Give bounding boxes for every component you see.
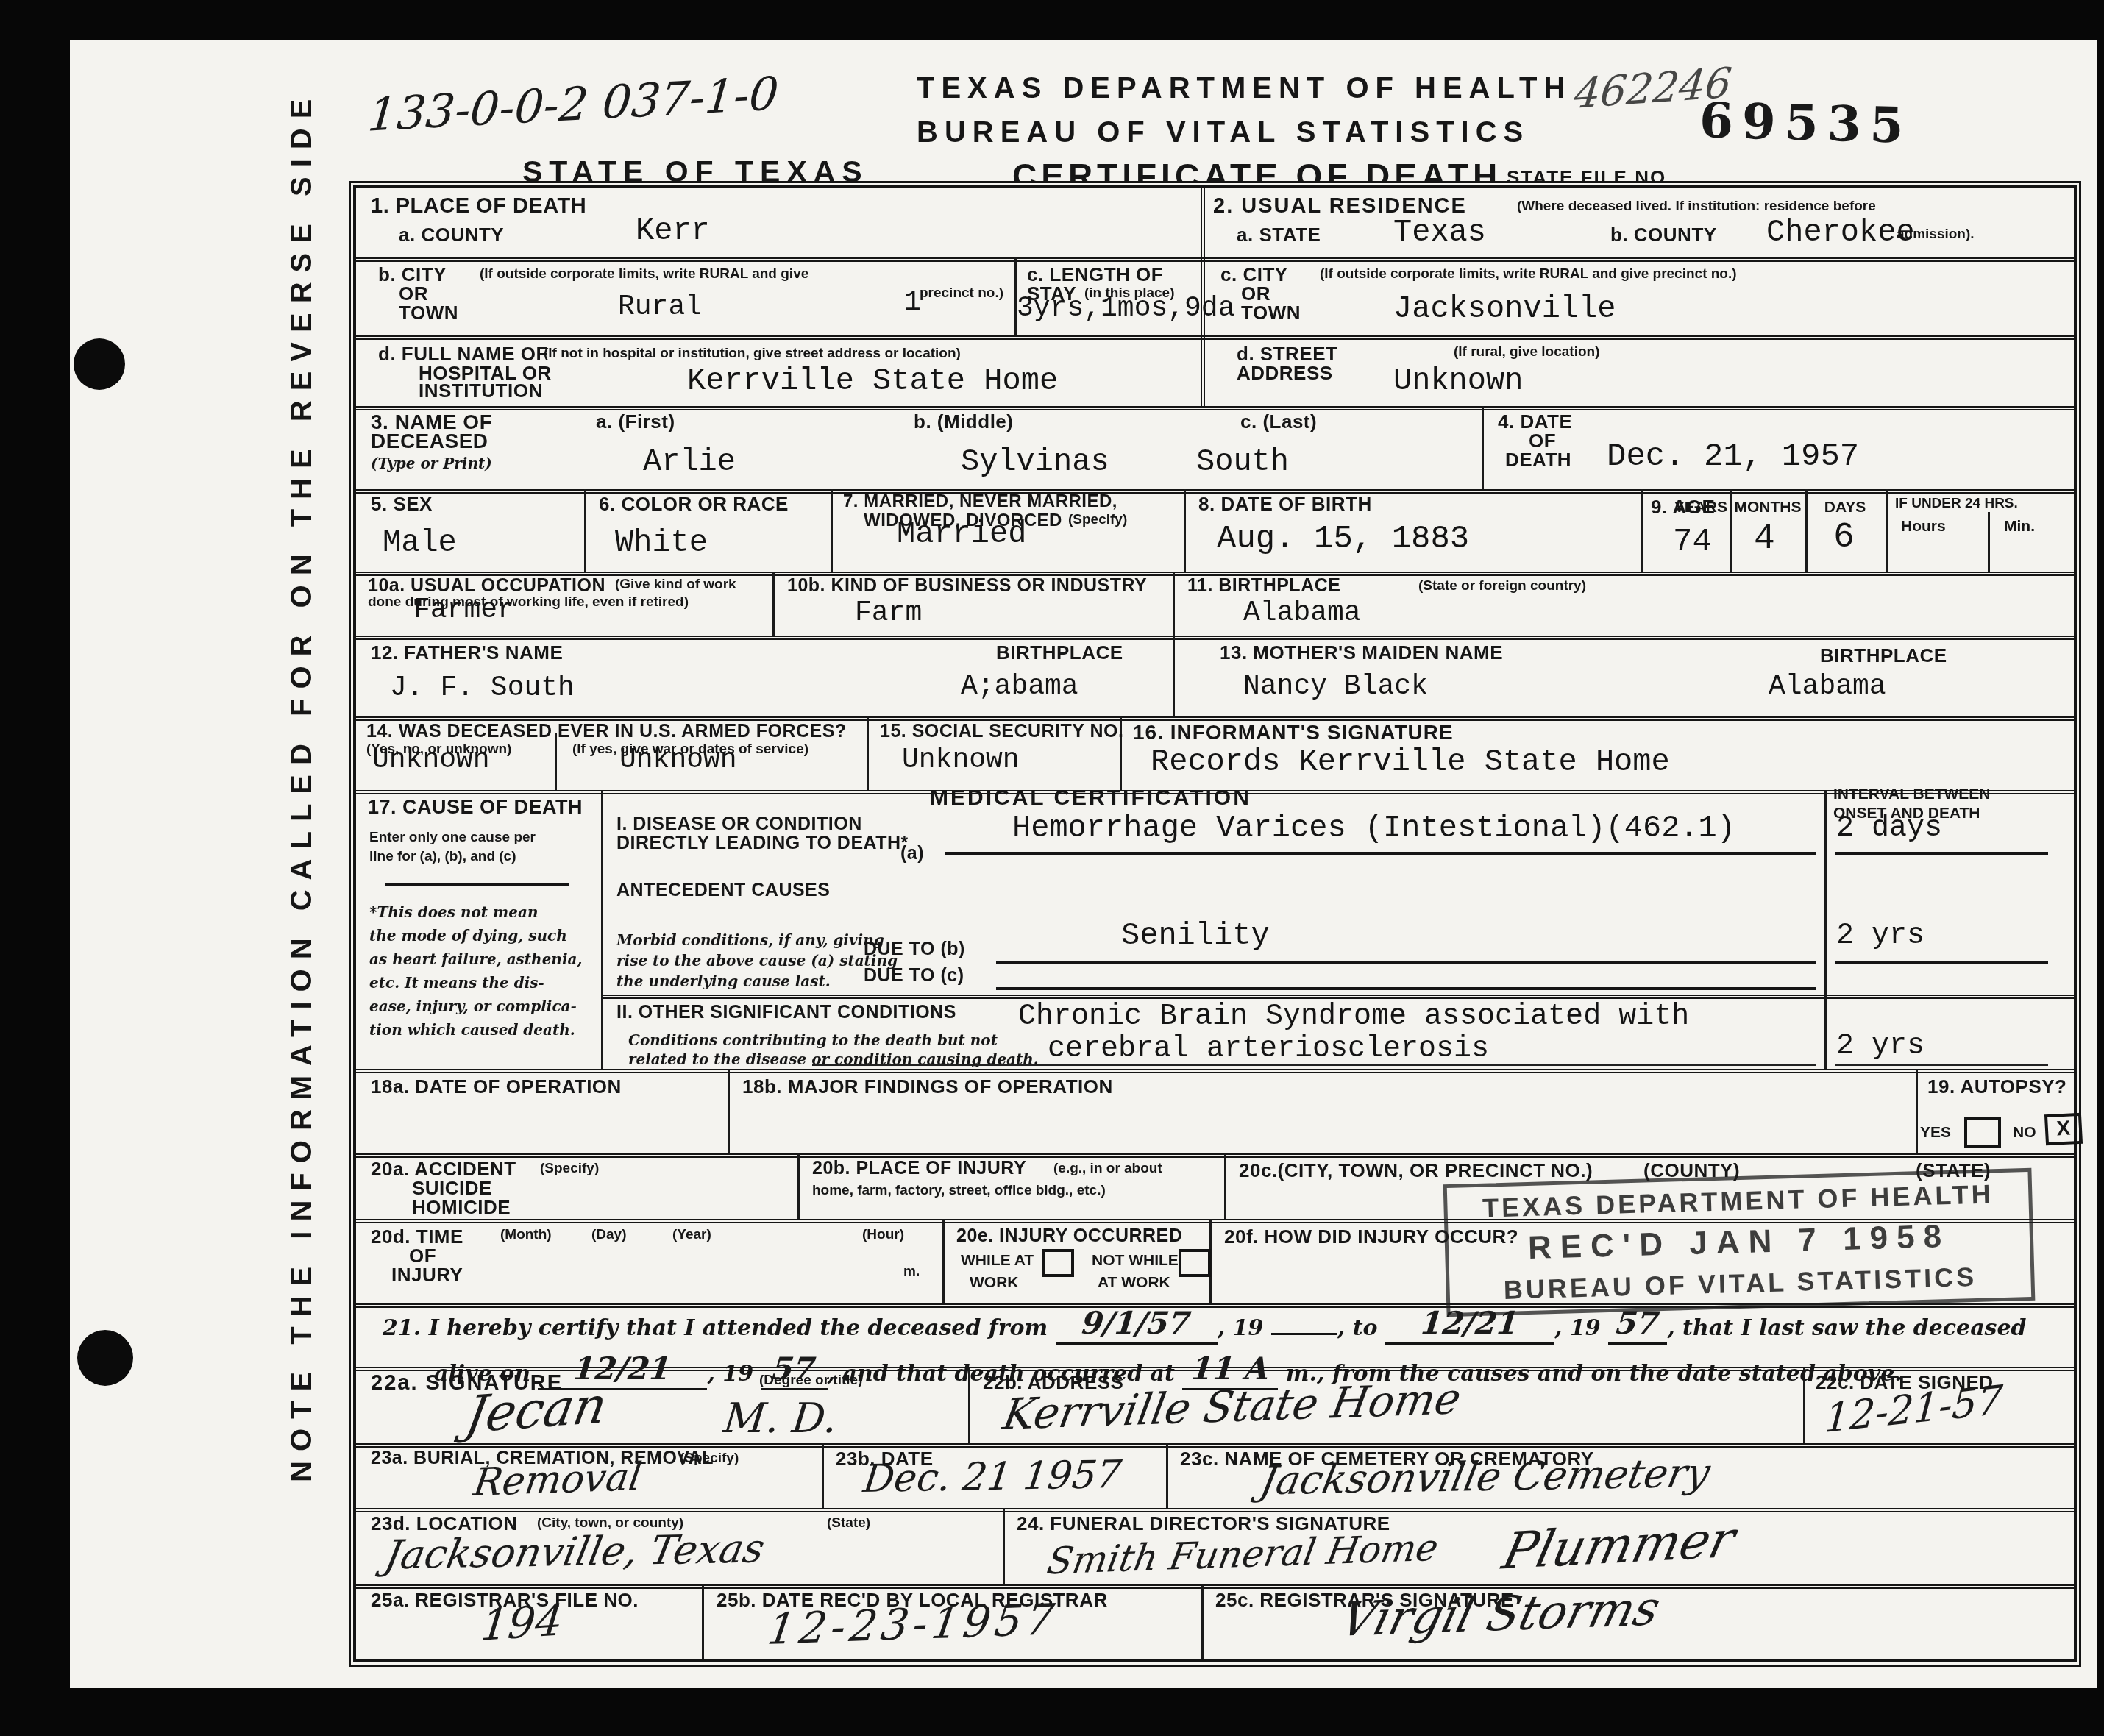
- hole-punch: [74, 338, 125, 390]
- divider: [996, 961, 1816, 964]
- attended-from-value: 9/1/57: [1080, 1305, 1193, 1341]
- statement-text: , to: [1337, 1315, 1378, 1341]
- father-birthplace-label: BIRTHPLACE: [996, 641, 1123, 664]
- ssn-value: Unknown: [902, 744, 1020, 776]
- other-conditions-value1: Chronic Brain Syndrome associated with: [1018, 1000, 1689, 1034]
- interval-b-value: 2 yrs: [1836, 919, 1924, 953]
- burial-removal-value: Removal: [471, 1455, 644, 1505]
- occupation-label: 10a. USUAL OCCUPATION: [368, 575, 605, 597]
- certificate-form: 1. PLACE OF DEATH a. COUNTY Kerr b. CITY…: [353, 185, 2077, 1662]
- work-label: WORK: [970, 1274, 1019, 1292]
- divider: [942, 1219, 945, 1303]
- cause-a-value: Hemorrhage Varices (Intestional)(462.1): [1012, 811, 1735, 846]
- cause-side-note2: line for (a), (b), and (c): [369, 849, 516, 865]
- informant-signature-label: 16. INFORMANT'S SIGNATURE: [1133, 721, 1454, 744]
- birthplace-note: (State or foreign country): [1418, 578, 1586, 594]
- sex-value: Male: [383, 525, 457, 561]
- disease-label2: DIRECTLY LEADING TO DEATH*: [616, 833, 909, 854]
- divider: [1805, 489, 1808, 572]
- funeral-director-signature: Plummer: [1497, 1510, 1741, 1581]
- divider: [822, 1443, 824, 1508]
- autopsy-yes-label: YES: [1920, 1124, 1951, 1142]
- length-of-stay-value: 3yrs,1mos,9da: [1017, 293, 1234, 324]
- cause-side-note4: the mode of dying, such: [369, 927, 567, 945]
- not-while-at-work-checkbox[interactable]: [1179, 1249, 1211, 1277]
- interval-a-value: 2 days: [1836, 812, 1942, 845]
- stamp-line2: REC'D JAN 7 1958: [1527, 1218, 1950, 1267]
- sex-label: 5. SEX: [371, 493, 433, 516]
- divider: [356, 1153, 2074, 1158]
- cause-side-note6: etc. It means the dis-: [369, 974, 544, 992]
- cause-side-note8: tion which caused death.: [369, 1021, 575, 1039]
- town-label: TOWN: [399, 302, 458, 324]
- divider: [1201, 1584, 1204, 1659]
- street-label2: ADDRESS: [1237, 362, 1333, 385]
- divider: [356, 335, 2074, 340]
- county-label: a. COUNTY: [399, 224, 504, 246]
- state-label: a. STATE: [1237, 224, 1321, 246]
- first-name-value: Arlie: [643, 444, 736, 480]
- street-address-value: Unknown: [1393, 363, 1523, 399]
- date-received-value: 12-23-1957: [764, 1594, 1062, 1654]
- date-of-death-value: Dec. 21, 1957: [1607, 438, 1859, 475]
- under-24-label: IF UNDER 24 HRS.: [1895, 496, 2018, 512]
- certification-statement: 21. I hereby certify that I attended the…: [383, 1306, 2053, 1390]
- divider: [1916, 1069, 1918, 1153]
- mother-birthplace-label: BIRTHPLACE: [1820, 644, 1947, 667]
- divider: [601, 790, 603, 1069]
- divider: [1003, 1508, 1005, 1584]
- occupation-value: Farmer: [413, 594, 514, 626]
- statement-text: 21. I hereby certify that I attended the…: [383, 1315, 1048, 1341]
- divider: [584, 489, 586, 572]
- age-days-value: 6: [1833, 518, 1855, 558]
- armed-forces-value1: Unknown: [372, 744, 490, 776]
- color-or-race-label: 6. COLOR OR RACE: [599, 493, 789, 516]
- interval-label1: INTERVAL BETWEEN: [1833, 786, 1991, 803]
- divider: [1988, 512, 1990, 572]
- autopsy-no-label: NO: [2013, 1124, 2036, 1142]
- due-to-c-label: DUE TO (c): [864, 965, 964, 986]
- county-of-death-value: Kerr: [636, 213, 710, 249]
- marital-status-value: Married: [897, 516, 1026, 552]
- occupation-note: (Give kind of work: [615, 577, 736, 593]
- father-birthplace-value: A;abama: [961, 671, 1078, 702]
- department-title: TEXAS DEPARTMENT OF HEALTH: [917, 72, 1571, 105]
- registrar-signature-value: Virgil Storms: [1335, 1582, 1666, 1648]
- street-note: (If rural, give location): [1454, 344, 1599, 360]
- state-file-number-stamp: 69535: [1699, 91, 1913, 154]
- reverse-side-note: NOTE THE INFORMATION CALLED FOR ON THE R…: [285, 423, 343, 1482]
- cause-b-value: Senility: [1121, 918, 1270, 953]
- place-of-injury-label: 20b. PLACE OF INJURY: [812, 1158, 1026, 1179]
- cause-side-note1: Enter only one cause per: [369, 830, 536, 846]
- other-conditions-value2: cerebral arteriosclerosis: [1048, 1033, 1489, 1066]
- date-of-operation-label: 18a. DATE OF OPERATION: [371, 1075, 622, 1098]
- divider: [1641, 489, 1643, 572]
- divider: [772, 572, 775, 636]
- physician-degree-value: M. D.: [722, 1395, 839, 1442]
- autopsy-label: 19. AUTOPSY?: [1927, 1075, 2067, 1098]
- year-note: (Year): [672, 1227, 711, 1243]
- cemetery-value: Jacksonville Cemetery: [1257, 1450, 1714, 1504]
- birthplace-label: 11. BIRTHPLACE: [1187, 575, 1340, 597]
- to-year-blank: 57: [1608, 1306, 1667, 1345]
- stamp-line3: BUREAU OF VITAL STATISTICS: [1503, 1262, 1977, 1306]
- armed-forces-label: 14. WAS DECEASED EVER IN U.S. ARMED FORC…: [366, 721, 847, 742]
- city-of-death-value: Rural: [618, 291, 702, 323]
- autopsy-no-checkbox[interactable]: X: [2044, 1113, 2083, 1146]
- marital-status-label: 7. MARRIED, NEVER MARRIED,: [843, 491, 1117, 512]
- other-note1: Conditions contributing to the death but…: [628, 1031, 998, 1049]
- antecedent-note3: the underlying cause last.: [616, 972, 831, 990]
- middle-name-value: Sylvinas: [961, 444, 1109, 480]
- divider: [1835, 852, 2048, 855]
- divider: [812, 1064, 1816, 1066]
- ssn-label: 15. SOCIAL SECURITY NO.: [880, 721, 1123, 742]
- days-label: DAYS: [1808, 499, 1882, 516]
- divider: [356, 1069, 2074, 1073]
- day-note: (Day): [591, 1227, 627, 1243]
- age-months-value: 4: [1754, 519, 1775, 559]
- divider: [831, 489, 833, 572]
- informant-signature-value: Records Kerrville State Home: [1151, 744, 1670, 780]
- type-or-print-note: (Type or Print): [371, 455, 492, 472]
- attended-to-value: 12/21: [1419, 1305, 1520, 1341]
- physician-signature-value: Jecan: [461, 1376, 611, 1445]
- place-of-injury-note1: (e.g., in or about: [1053, 1161, 1162, 1177]
- homicide-label: HOMICIDE: [412, 1196, 511, 1219]
- scanned-death-certificate: { "scan": {"note_reverse": "NOTE THE INF…: [0, 0, 2104, 1736]
- meridiem-label: m.: [903, 1264, 920, 1280]
- deceased-title2: DECEASED: [371, 430, 488, 453]
- hospital-value: Kerrville State Home: [687, 363, 1058, 399]
- divider: [601, 995, 2074, 999]
- date-of-birth-label: 8. DATE OF BIRTH: [1198, 493, 1372, 516]
- hole-punch: [77, 1330, 133, 1386]
- injury-city-label: 20c.(CITY, TOWN, OR PRECINCT NO.): [1239, 1159, 1593, 1182]
- business-industry-label: 10b. KIND OF BUSINESS OR INDUSTRY: [787, 575, 1147, 597]
- at-work-label: AT WORK: [1098, 1274, 1170, 1292]
- residence-town-label: TOWN: [1241, 302, 1301, 324]
- burial-specify-note: (Specify): [680, 1451, 739, 1467]
- disease-label3: (a): [900, 843, 924, 864]
- while-at-work-checkbox[interactable]: [1042, 1249, 1074, 1277]
- mothers-maiden-name-value: Nancy Black: [1243, 671, 1428, 702]
- divider: [1835, 1064, 2048, 1066]
- divider: [356, 636, 2074, 640]
- statement-text: , 19: [1554, 1315, 1601, 1341]
- residence-note: (Where deceased lived. If institution: r…: [1517, 199, 1876, 215]
- fathers-name-value: J. F. South: [390, 672, 575, 704]
- divider: [1173, 572, 1175, 716]
- residence-city-note: (If outside corporate limits, write RURA…: [1320, 266, 1737, 282]
- accident-specify-note: (Specify): [540, 1161, 599, 1177]
- received-date-stamp: TEXAS DEPARTMENT OF HEALTH REC'D JAN 7 1…: [1443, 1168, 2036, 1317]
- attended-from-blank: 9/1/57: [1056, 1306, 1218, 1345]
- attended-to-blank: 12/21: [1385, 1306, 1554, 1345]
- disease-label1: I. DISEASE OR CONDITION: [616, 814, 862, 835]
- residence-state-value: Texas: [1393, 215, 1486, 250]
- birthplace-value: Alabama: [1243, 597, 1361, 629]
- armed-forces-value2: Unknown: [619, 744, 737, 776]
- antecedent-note1: Morbid conditions, if any, giving: [616, 931, 884, 949]
- fathers-name-label: 12. FATHER'S NAME: [371, 641, 563, 664]
- marital-specify-note: (Specify): [1068, 512, 1127, 528]
- cause-side-note7: ease, injury, or complica-: [369, 997, 577, 1015]
- major-findings-label: 18b. MAJOR FINDINGS OF OPERATION: [742, 1075, 1113, 1098]
- hours-label: Hours: [1901, 518, 1946, 536]
- city-note: (If outside corporate limits, write RURA…: [480, 266, 808, 282]
- hospital-label3: INSTITUTION: [419, 380, 543, 402]
- date-of-birth-value: Aug. 15, 1883: [1217, 521, 1469, 558]
- mother-birthplace-value: Alabama: [1769, 671, 1886, 702]
- divider: [1835, 961, 2048, 964]
- middle-name-label: b. (Middle): [914, 410, 1013, 433]
- year-blank: [1271, 1333, 1337, 1335]
- statement-text: , that I last saw the deceased: [1667, 1315, 2026, 1341]
- cause-side-note5: as heart failure, asthenia,: [369, 950, 582, 968]
- state-of-texas-title: STATE OF TEXAS: [522, 154, 869, 189]
- divider: [728, 1069, 730, 1153]
- divider: [996, 987, 1816, 990]
- divider: [1166, 1443, 1168, 1508]
- first-name-label: a. (First): [596, 410, 675, 433]
- min-label: Min.: [2004, 518, 2035, 536]
- while-at-label: WHILE AT: [961, 1252, 1034, 1270]
- precinct-value: 1: [904, 287, 921, 319]
- certification-line1: 21. I hereby certify that I attended the…: [383, 1306, 2053, 1345]
- to-year-value: 57: [1614, 1305, 1661, 1341]
- injury-occurred-label: 20e. INJURY OCCURRED: [956, 1225, 1182, 1247]
- burial-date-value: Dec. 21 1957: [861, 1453, 1123, 1501]
- due-to-b-label: DUE TO (b): [864, 939, 965, 960]
- divider: [702, 1584, 704, 1659]
- divider: [1730, 489, 1732, 572]
- divider: [1482, 406, 1484, 489]
- business-industry-value: Farm: [855, 597, 922, 629]
- not-while-label: NOT WHILE: [1092, 1252, 1179, 1270]
- place-of-injury-note2: home, farm, factory, street, office bldg…: [812, 1183, 1106, 1199]
- month-note: (Month): [500, 1227, 552, 1243]
- autopsy-no-checkmark: X: [2056, 1117, 2071, 1140]
- statement-text: , 19: [707, 1361, 753, 1387]
- mothers-maiden-name-label: 13. MOTHER'S MAIDEN NAME: [1220, 641, 1503, 664]
- months-label: MONTHS: [1733, 499, 1802, 516]
- antecedent-causes-label: ANTECEDENT CAUSES: [616, 880, 830, 901]
- statement-text: , 19: [1218, 1315, 1264, 1341]
- stamp-line1: TEXAS DEPARTMENT OF HEALTH: [1482, 1178, 1994, 1223]
- divider: [867, 716, 869, 790]
- divider: [1824, 790, 1827, 1069]
- divider: [1184, 489, 1186, 572]
- residence-county-value: Cherokee: [1766, 215, 1915, 250]
- registrar-file-no-value: 194: [479, 1595, 566, 1651]
- burial-state-note: (State): [827, 1515, 870, 1532]
- divider: [1886, 489, 1888, 572]
- time-of-label3: INJURY: [391, 1264, 463, 1287]
- other-conditions-label: II. OTHER SIGNIFICANT CONDITIONS: [616, 1002, 956, 1023]
- cause-of-death-title: 17. CAUSE OF DEATH: [368, 796, 583, 819]
- antecedent-note2: rise to the above cause (a) stating: [616, 952, 898, 970]
- divider: [385, 883, 569, 886]
- hospital-note: (If not in hospital or institution, give…: [544, 346, 961, 362]
- interval-other-value: 2 yrs: [1836, 1030, 1924, 1063]
- years-label: YEARS: [1673, 499, 1727, 516]
- divider: [945, 852, 1816, 855]
- divider: [797, 1153, 800, 1219]
- burial-location-value: Jacksonville, Texas: [381, 1525, 769, 1578]
- bureau-title: BUREAU OF VITAL STATISTICS: [917, 116, 1529, 149]
- hour-note: (Hour): [862, 1227, 904, 1243]
- last-name-label: c. (Last): [1240, 410, 1317, 433]
- divider: [1201, 257, 2074, 262]
- date-of-death-label3: DEATH: [1505, 449, 1571, 472]
- age-years-value: 74: [1673, 524, 1712, 561]
- medical-certification-title: MEDICAL CERTIFICATION: [930, 786, 1251, 811]
- residence-county-label: b. COUNTY: [1610, 224, 1717, 246]
- autopsy-yes-checkbox[interactable]: [1964, 1117, 2001, 1148]
- cause-side-note3: *This does not mean: [369, 903, 538, 921]
- color-or-race-value: White: [615, 525, 708, 561]
- residence-city-value: Jacksonville: [1393, 291, 1616, 327]
- degree-or-title-note: (Degree or title): [759, 1373, 862, 1389]
- divider: [356, 257, 1201, 262]
- divider: [1224, 1153, 1226, 1219]
- place-of-death-title: 1. PLACE OF DEATH: [371, 194, 586, 218]
- last-name-value: South: [1196, 444, 1289, 480]
